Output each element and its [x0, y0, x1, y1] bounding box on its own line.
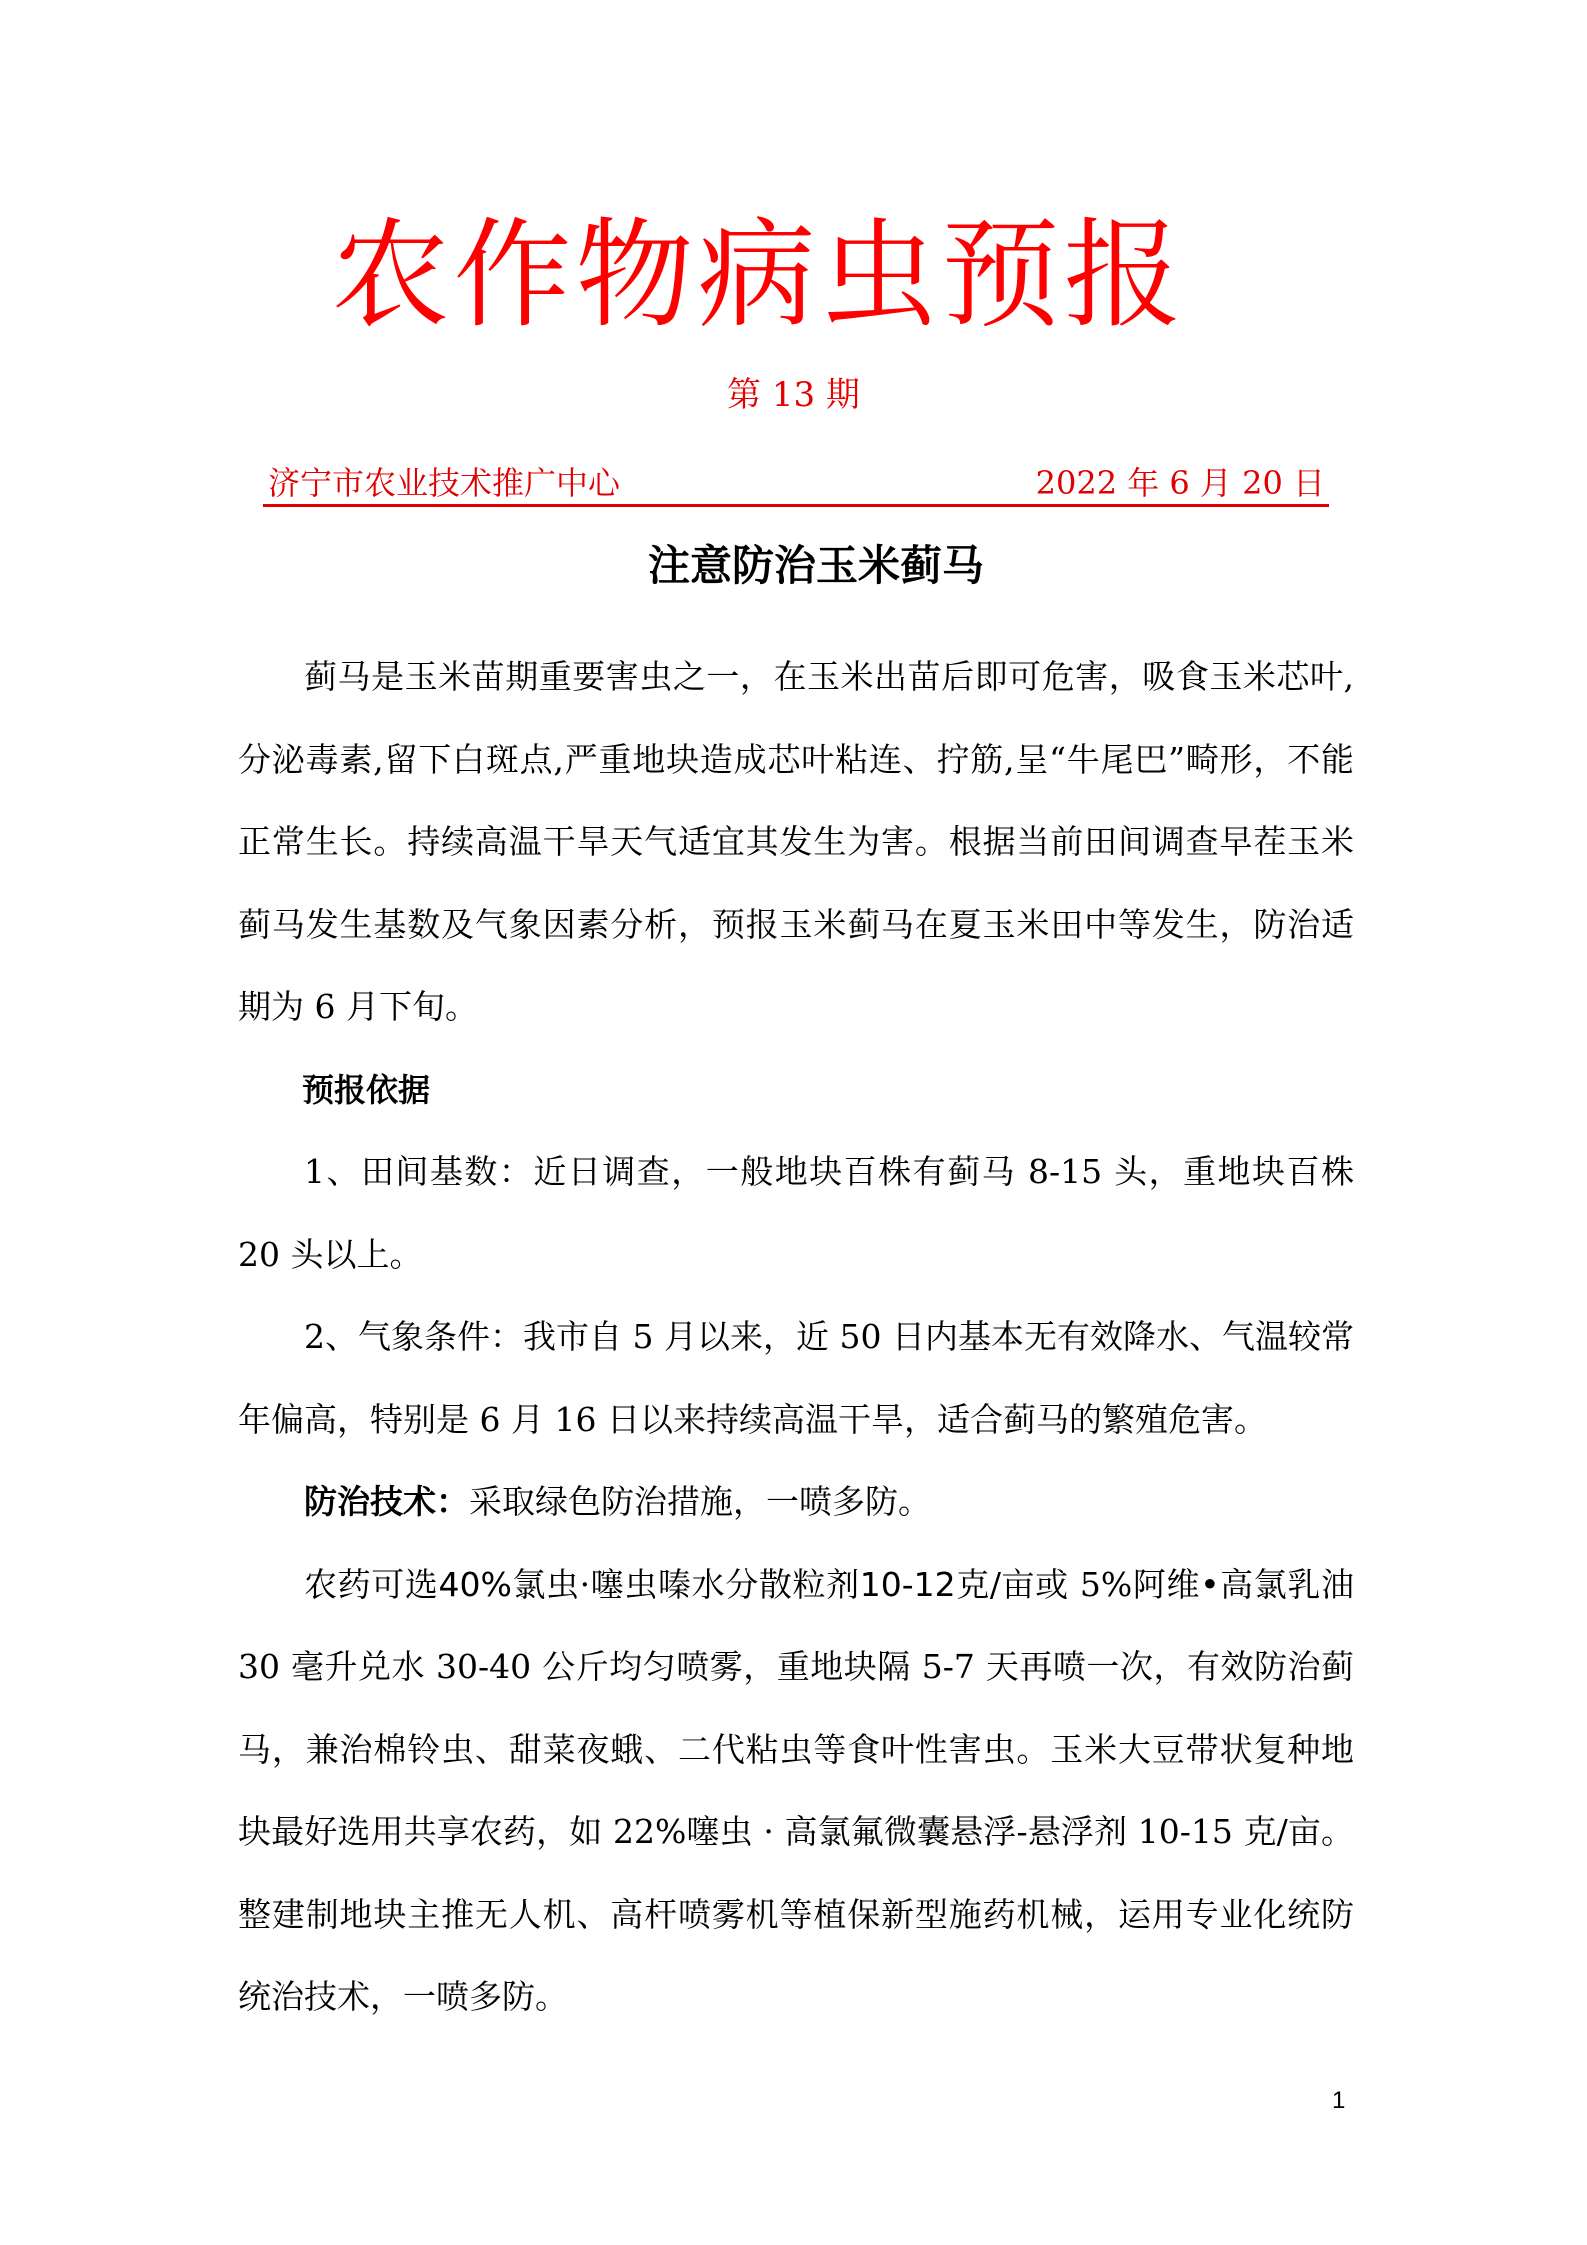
pesticide-text-rest: 克/亩或 5%阿维•高氯乳油 30 毫升兑水 30-40 公斤均匀喷雾，重地块隔…: [238, 1565, 1354, 2017]
pesticide-dose: 10-12: [860, 1565, 956, 1604]
basis-item-1: 1、田间基数：近日调查，一般地块百株有蓟马 8-15 头，重地块百株 20 头以…: [238, 1131, 1354, 1296]
publish-date: 2022 年 6 月 20 日: [1036, 462, 1325, 504]
masthead-title: 农作物病虫预报: [0, 205, 1547, 345]
issue-number: 第 13 期: [0, 373, 1587, 417]
pesticide-name: 氯虫·噻虫嗪水分散粒剂: [512, 1565, 860, 1604]
article-body: 蓟马是玉米苗期重要害虫之一，在玉米出苗后即可危害，吸食玉米芯叶,分泌毒素,留下白…: [238, 636, 1354, 2039]
control-text: 采取绿色防治措施，一喷多防。: [469, 1482, 931, 1521]
control-lead: 防治技术：: [304, 1482, 469, 1521]
pesticide-paragraph: 农药可选40%氯虫·噻虫嗪水分散粒剂10-12克/亩或 5%阿维•高氯乳油 30…: [238, 1544, 1354, 2039]
pesticide-text-1: 农药可选: [304, 1565, 438, 1604]
basis-heading: 预报依据: [238, 1049, 1354, 1132]
article-title: 注意防治玉米蓟马: [0, 538, 1587, 594]
organization-name: 济宁市农业技术推广中心: [268, 462, 620, 504]
pesticide-concentration: 40%: [438, 1565, 511, 1604]
org-date-line: 济宁市农业技术推广中心 2022 年 6 月 20 日: [263, 462, 1329, 507]
control-paragraph: 防治技术：采取绿色防治措施，一喷多防。: [238, 1461, 1354, 1544]
page-number: 1: [1332, 2087, 1345, 2115]
basis-item-2: 2、气象条件：我市自 5 月以来，近 50 日内基本无有效降水、气温较常年偏高，…: [238, 1296, 1354, 1461]
intro-paragraph: 蓟马是玉米苗期重要害虫之一，在玉米出苗后即可危害，吸食玉米芯叶,分泌毒素,留下白…: [238, 636, 1354, 1049]
